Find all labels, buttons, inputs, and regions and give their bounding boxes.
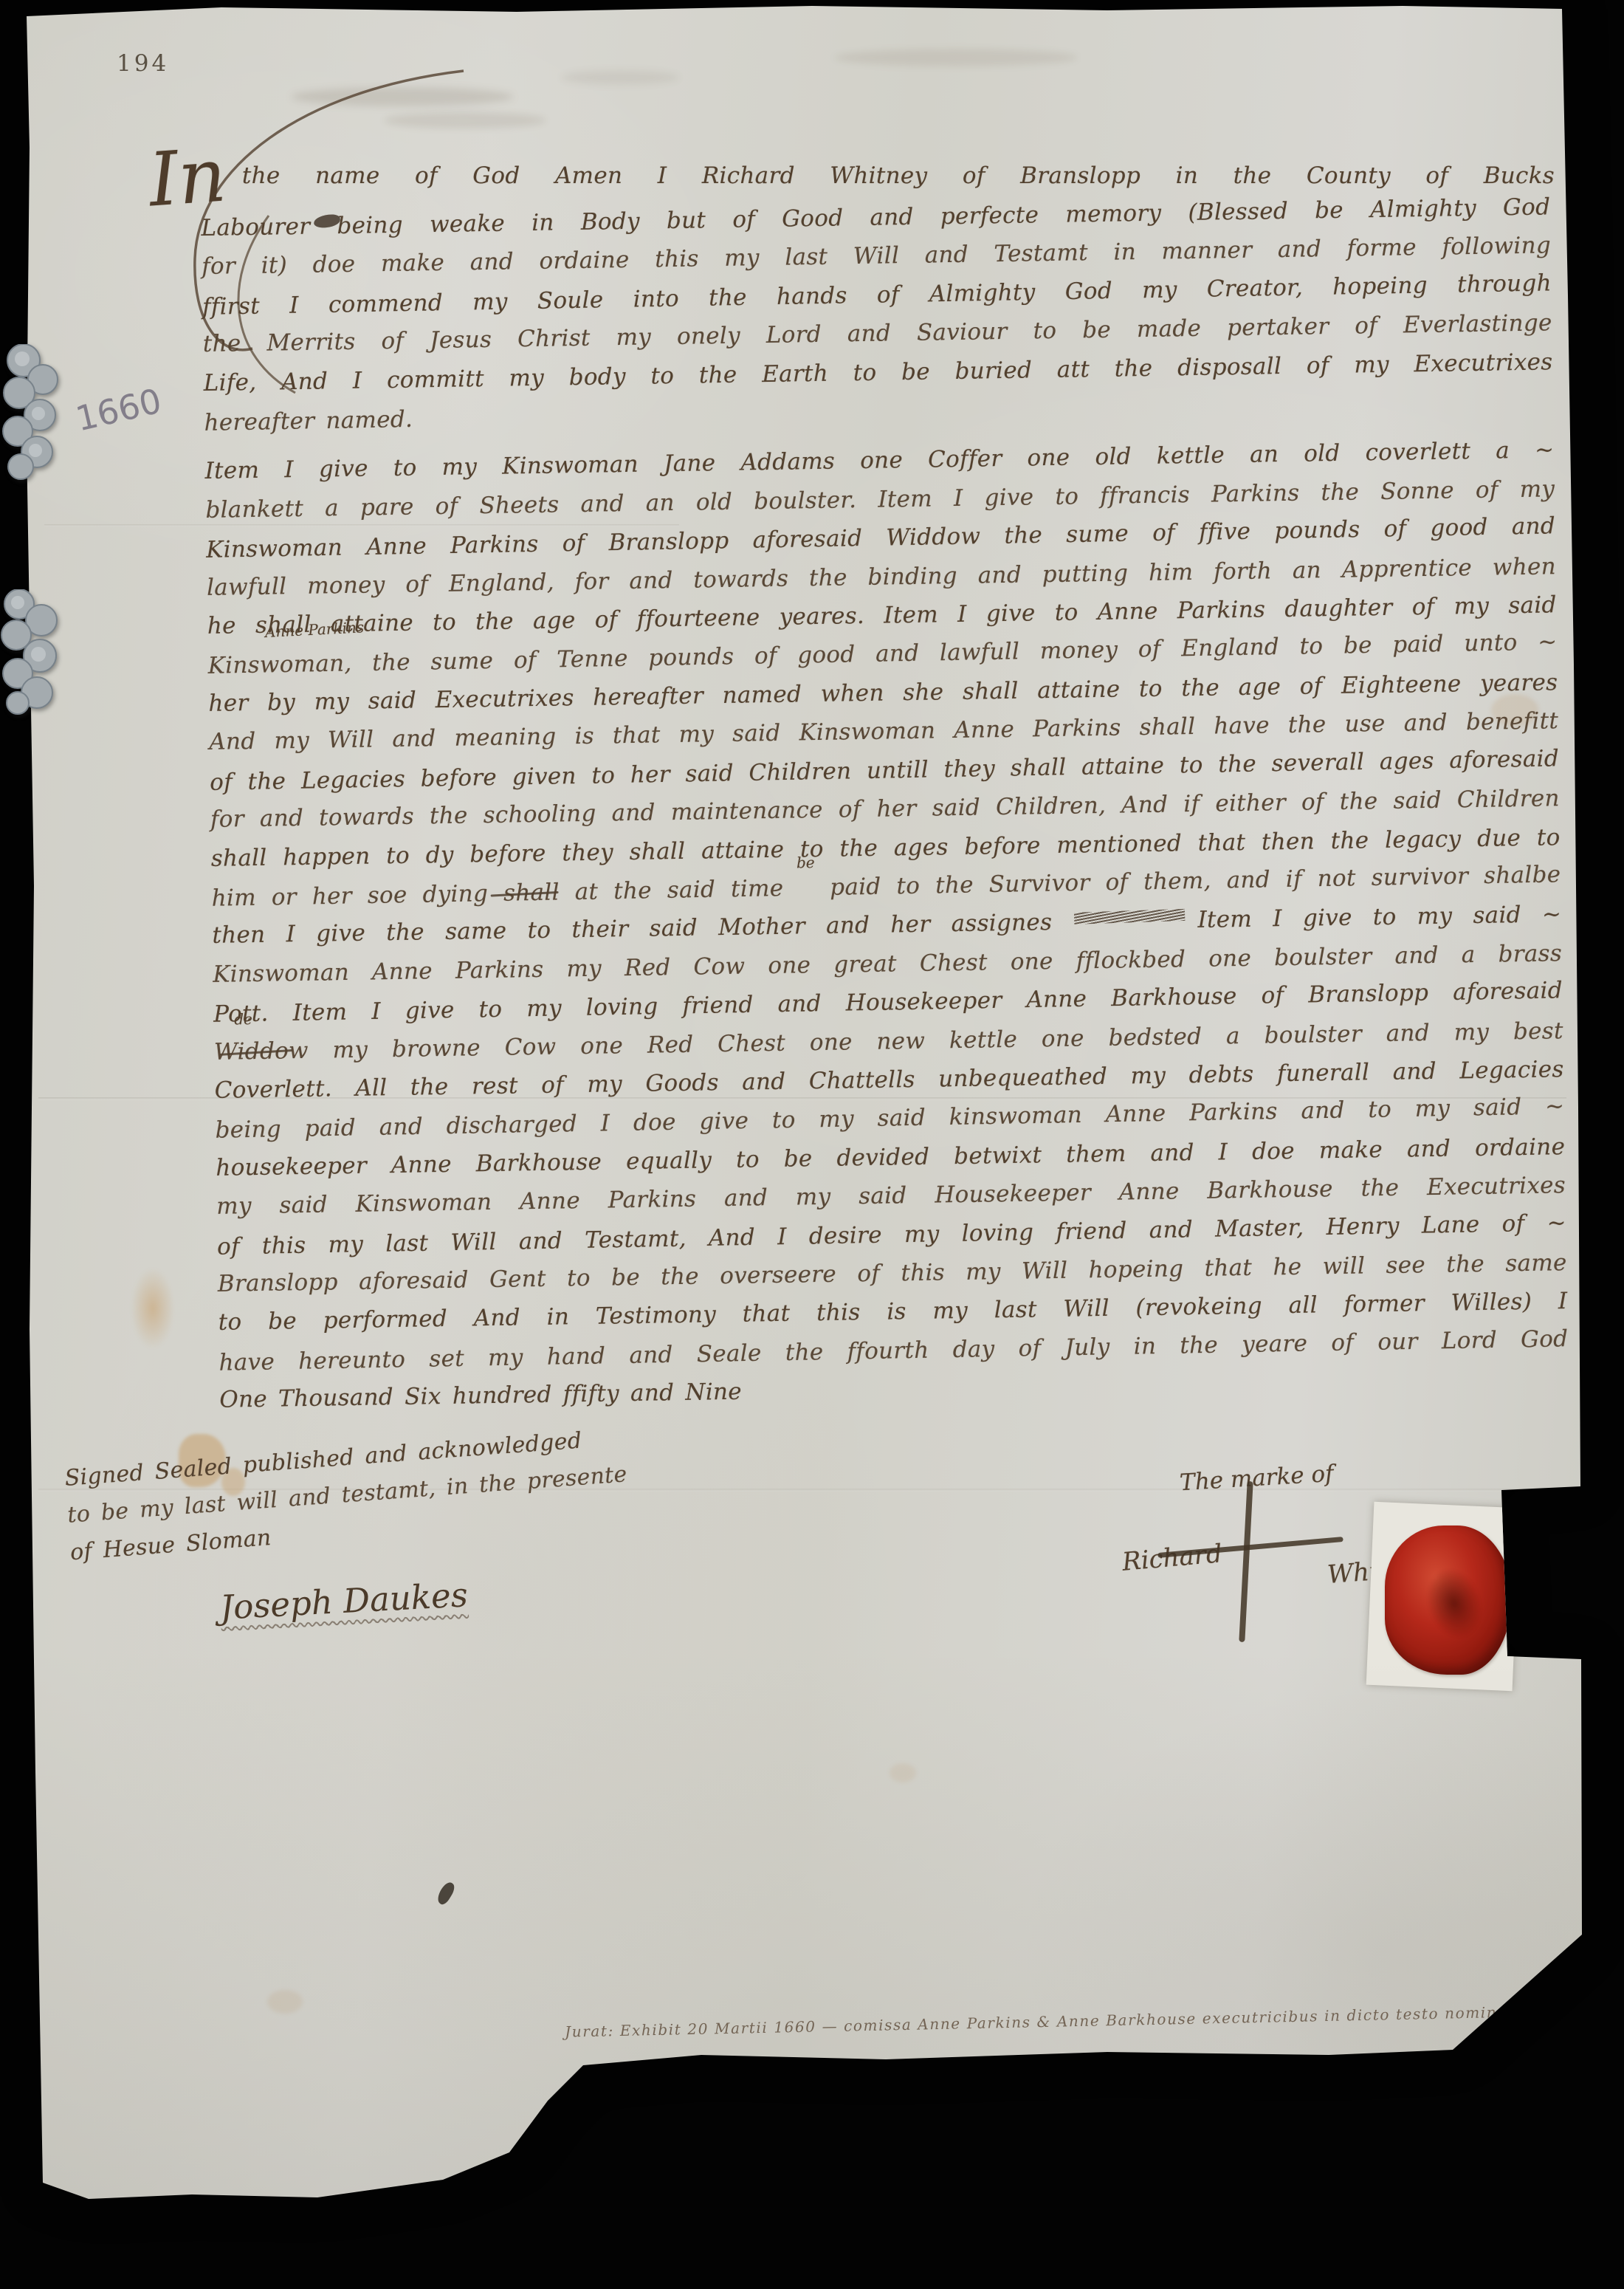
attestation-block: Signed Sealed published and acknowledged… xyxy=(63,1419,631,1571)
mark-label: The marke of xyxy=(1179,1461,1334,1497)
folio-number: 194 xyxy=(117,50,169,77)
stain xyxy=(131,1269,174,1348)
foxing-spot xyxy=(890,1763,916,1782)
wax-seal xyxy=(1385,1526,1512,1675)
fastener-blob xyxy=(0,589,71,715)
fastener-blob xyxy=(1,344,69,481)
ink-fleck xyxy=(435,1880,458,1907)
paper-shadow: 194 1660 In the name of God Amen I Richa… xyxy=(0,0,1624,2289)
manuscript-body: Anne Parkins be de Labourer being weake … xyxy=(201,188,1569,1419)
testator-first-name: Richard xyxy=(1121,1539,1224,1577)
ink-bleed-smudge xyxy=(384,112,546,128)
ink-bleed-smudge xyxy=(292,87,513,106)
foxing-spot xyxy=(267,1990,303,2014)
mark-cross-icon xyxy=(1239,1481,1253,1642)
probate-annotation: Jurat: Exhibit 20 Martii 1660 — comissa … xyxy=(565,2003,1524,2040)
pencil-year-annotation: 1660 xyxy=(72,381,165,439)
witness-signature: Joseph Daukes xyxy=(219,1575,469,1627)
ink-bleed-smudge xyxy=(561,70,679,85)
ink-bleed-smudge xyxy=(834,49,1078,66)
attestation-lines: Signed Sealed published and acknowledged… xyxy=(63,1419,631,1571)
heading-text: the name of God Amen I Richard Whitney o… xyxy=(242,137,1555,189)
archival-scan: { "page": { "folio_number": "194", "marg… xyxy=(0,0,1624,2289)
manuscript-paper: 194 1660 In the name of God Amen I Richa… xyxy=(0,0,1624,2289)
